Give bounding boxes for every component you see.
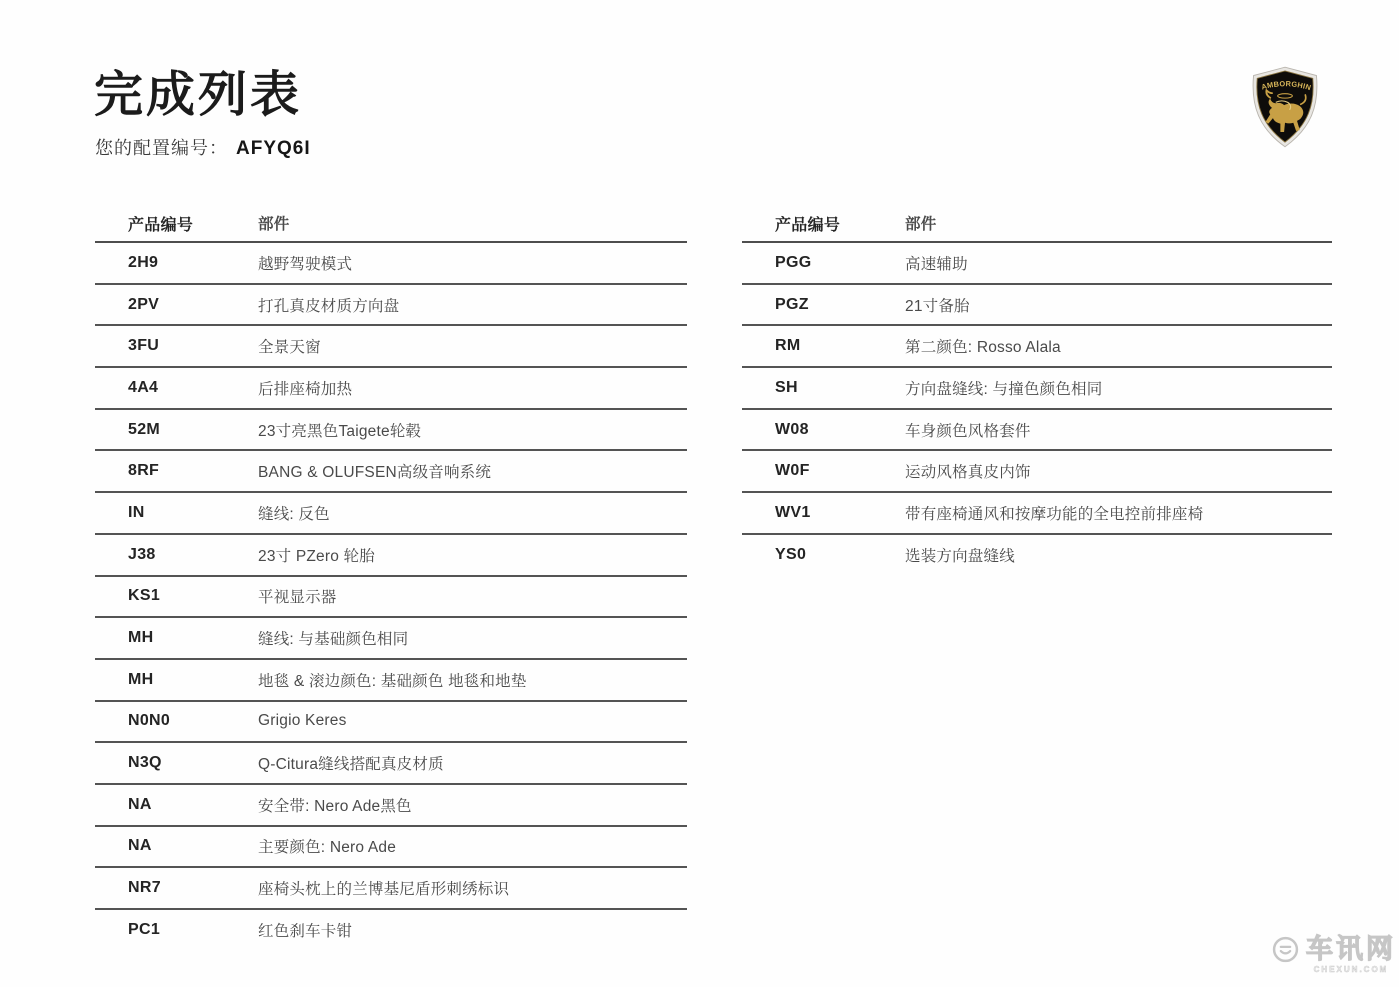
product-code: RM <box>742 337 905 355</box>
product-code: N0N0 <box>95 712 258 730</box>
product-code: N3Q <box>95 754 258 772</box>
table-row: PGZ21寸备胎 <box>742 285 1332 327</box>
part-name: 安全带: Nero Ade黑色 <box>258 794 687 816</box>
product-code: NA <box>95 796 258 814</box>
watermark-subtext: CHEXUN.COM <box>1314 965 1389 974</box>
product-code: W0F <box>742 462 905 480</box>
table-row: N0N0Grigio Keres <box>95 702 687 744</box>
lamborghini-shield-icon: LAMBORGHINI <box>1248 64 1322 150</box>
part-name: 地毯 & 滚边颜色: 基础颜色 地毯和地垫 <box>258 669 687 691</box>
table-row: SH方向盘缝线: 与撞色颜色相同 <box>742 368 1332 410</box>
table-row: WV1带有座椅通风和按摩功能的全电控前排座椅 <box>742 493 1332 535</box>
table-row: RM第二颜色: Rosso Alala <box>742 326 1332 368</box>
part-name: 高速辅助 <box>905 252 1332 274</box>
product-code: PC1 <box>95 921 258 939</box>
product-code: 4A4 <box>95 379 258 397</box>
config-code-label: 您的配置编号： <box>95 138 228 158</box>
product-code: 2H9 <box>95 254 258 272</box>
product-code: 2PV <box>95 296 258 314</box>
part-name: 方向盘缝线: 与撞色颜色相同 <box>905 377 1332 399</box>
table-header-row: 产品编号 部件 <box>95 205 687 243</box>
product-code: MH <box>95 671 258 689</box>
table-row: IN缝线: 反色 <box>95 493 687 535</box>
part-name: 缝线: 与基础颜色相同 <box>258 627 687 649</box>
part-name: 23寸亮黑色Taigete轮毂 <box>258 419 687 441</box>
product-code: PGZ <box>742 296 905 314</box>
part-name: 主要颜色: Nero Ade <box>258 835 687 857</box>
product-code: 3FU <box>95 337 258 355</box>
table-row: MH缝线: 与基础颜色相同 <box>95 618 687 660</box>
table-row: W0F运动风格真皮内饰 <box>742 451 1332 493</box>
table-row: 8RFBANG & OLUFSEN高级音响系统 <box>95 451 687 493</box>
table-row: 2PV打孔真皮材质方向盘 <box>95 285 687 327</box>
part-name: Q-Citura缝线搭配真皮材质 <box>258 752 687 774</box>
watermark-text-stack: 车讯网 CHEXUN.COM <box>1306 936 1396 974</box>
table-row: W08车身颜色风格套件 <box>742 410 1332 452</box>
watermark-text: 车讯网 <box>1306 936 1396 963</box>
product-code: IN <box>95 504 258 522</box>
table-row: YS0选装方向盘缝线 <box>742 535 1332 575</box>
completion-list-page: 完成列表 您的配置编号：AFYQ6I LAMBORGHINI 产品编号 <box>0 0 1399 987</box>
part-name: 车身颜色风格套件 <box>905 419 1332 441</box>
table-row: PC1红色刹车卡钳 <box>95 910 687 950</box>
column-header-product-code: 产品编号 <box>742 212 905 235</box>
product-code: PGG <box>742 254 905 272</box>
product-code: WV1 <box>742 504 905 522</box>
product-code: 52M <box>95 421 258 439</box>
part-name: 全景天窗 <box>258 335 687 357</box>
table-row: 4A4后排座椅加热 <box>95 368 687 410</box>
part-name: 座椅头枕上的兰博基尼盾形刺绣标识 <box>258 877 687 899</box>
part-name: 缝线: 反色 <box>258 502 687 524</box>
product-code: W08 <box>742 421 905 439</box>
product-code: NA <box>95 837 258 855</box>
column-header-product-code: 产品编号 <box>95 212 258 235</box>
lamborghini-logo: LAMBORGHINI <box>1248 64 1322 150</box>
table-body: 2H9越野驾驶模式2PV打孔真皮材质方向盘3FU全景天窗4A4后排座椅加热52M… <box>95 243 687 950</box>
chexun-watermark: 车讯网 CHEXUN.COM <box>1272 936 1396 974</box>
table-row: KS1平视显示器 <box>95 577 687 619</box>
table-body: PGG高速辅助PGZ21寸备胎RM第二颜色: Rosso AlalaSH方向盘缝… <box>742 243 1332 575</box>
table-row: NA安全带: Nero Ade黑色 <box>95 785 687 827</box>
table-row: NA主要颜色: Nero Ade <box>95 827 687 869</box>
part-name: 越野驾驶模式 <box>258 252 687 274</box>
part-name: 红色刹车卡钳 <box>258 919 687 941</box>
column-header-part: 部件 <box>905 212 1332 234</box>
product-code: YS0 <box>742 546 905 564</box>
part-name: 带有座椅通风和按摩功能的全电控前排座椅 <box>905 502 1332 524</box>
product-code: 8RF <box>95 462 258 480</box>
part-name: 选装方向盘缝线 <box>905 544 1332 566</box>
table-row: 3FU全景天窗 <box>95 326 687 368</box>
part-name: BANG & OLUFSEN高级音响系统 <box>258 460 687 482</box>
smiley-icon <box>1272 936 1299 963</box>
config-code-value: AFYQ6I <box>236 138 311 159</box>
product-code: NR7 <box>95 879 258 897</box>
part-name: 平视显示器 <box>258 585 687 607</box>
product-code: J38 <box>95 546 258 564</box>
part-name: 21寸备胎 <box>905 294 1332 316</box>
part-name: 打孔真皮材质方向盘 <box>258 294 687 316</box>
page-title: 完成列表 <box>94 70 302 121</box>
table-row: N3QQ-Citura缝线搭配真皮材质 <box>95 743 687 785</box>
product-code: SH <box>742 379 905 397</box>
table-row: J3823寸 PZero 轮胎 <box>95 535 687 577</box>
part-name: 后排座椅加热 <box>258 377 687 399</box>
table-row: 52M23寸亮黑色Taigete轮毂 <box>95 410 687 452</box>
part-name: Grigio Keres <box>258 712 687 730</box>
table-row: NR7座椅头枕上的兰博基尼盾形刺绣标识 <box>95 868 687 910</box>
table-row: MH地毯 & 滚边颜色: 基础颜色 地毯和地垫 <box>95 660 687 702</box>
part-name: 第二颜色: Rosso Alala <box>905 335 1332 357</box>
part-name: 运动风格真皮内饰 <box>905 460 1332 482</box>
product-code: MH <box>95 629 258 647</box>
options-table-left: 产品编号 部件 2H9越野驾驶模式2PV打孔真皮材质方向盘3FU全景天窗4A4后… <box>95 205 687 950</box>
options-table-right: 产品编号 部件 PGG高速辅助PGZ21寸备胎RM第二颜色: Rosso Ala… <box>742 205 1332 575</box>
table-row: PGG高速辅助 <box>742 243 1332 285</box>
table-header-row: 产品编号 部件 <box>742 205 1332 243</box>
table-row: 2H9越野驾驶模式 <box>95 243 687 285</box>
column-header-part: 部件 <box>258 212 687 234</box>
config-code-line: 您的配置编号：AFYQ6I <box>95 134 311 160</box>
part-name: 23寸 PZero 轮胎 <box>258 544 687 566</box>
product-code: KS1 <box>95 587 258 605</box>
